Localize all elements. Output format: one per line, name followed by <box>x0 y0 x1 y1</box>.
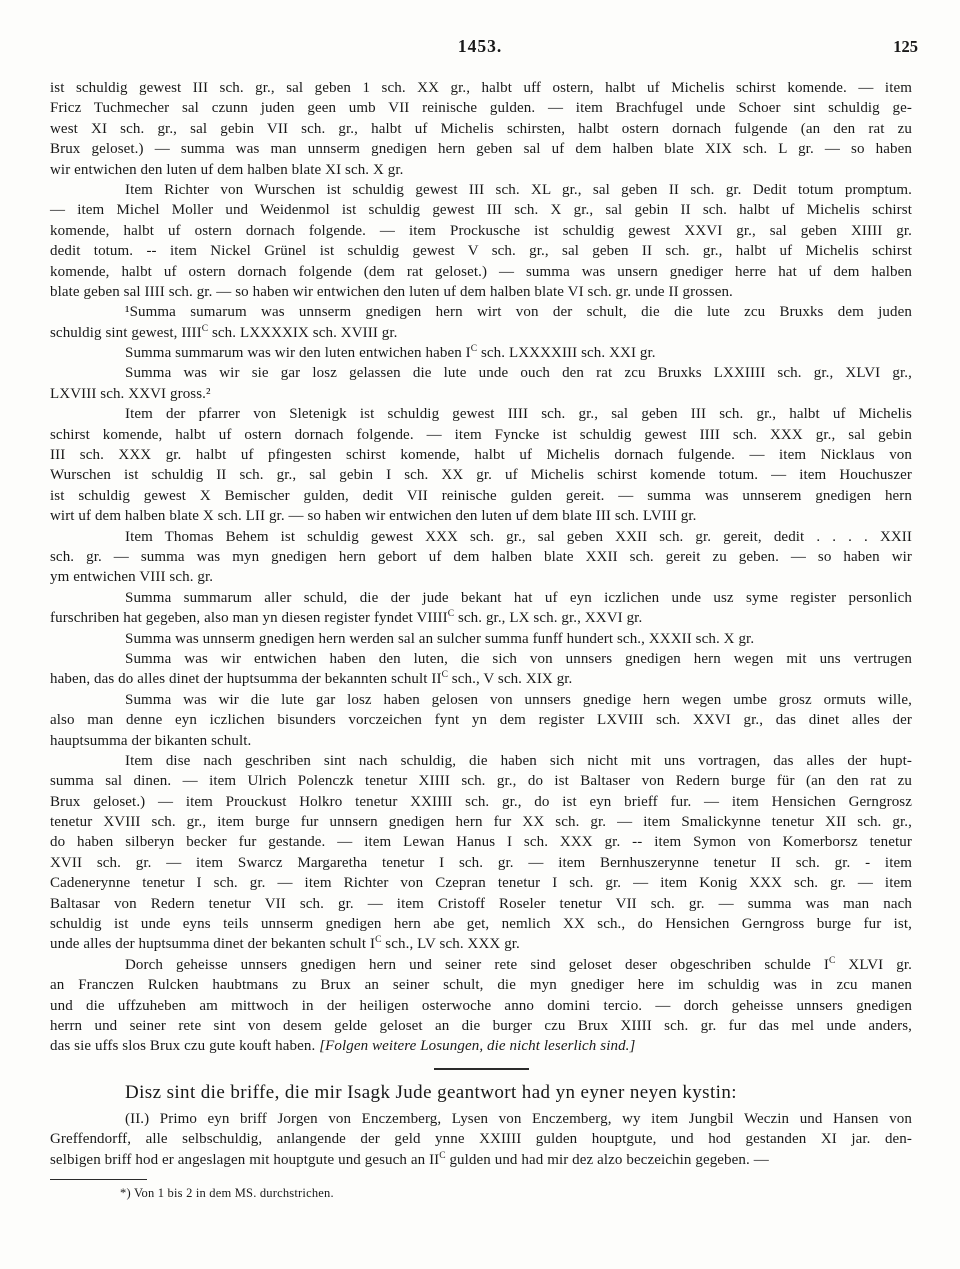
text-line: tenetur XVIII sch. gr., item burge fur u… <box>50 812 912 832</box>
text-line: do haben silberyn becker fur gestande. —… <box>50 832 912 852</box>
paragraph: Dorch geheisse unnsers gnedigen hern und… <box>50 955 912 1057</box>
text-line: Baltasar von Redern tenetur VII sch. gr.… <box>50 894 912 914</box>
text-line: Summa was wir entwichen haben den luten,… <box>50 649 912 669</box>
paragraph: (II.) Primo eyn briff Jorgen von Enczemb… <box>50 1109 912 1170</box>
text-line: Item Richter von Wurschen ist schuldig g… <box>50 180 912 200</box>
text-line: unde alles der huptsumma dinet der bekan… <box>50 934 912 954</box>
text-line: Greffendorff, alle selbschuldig, anlange… <box>50 1129 912 1149</box>
text-line: ¹Summa sumarum was unnserm gnedigen hern… <box>50 302 912 322</box>
text-line: wir entwichen den luten uf dem halben bl… <box>50 160 912 180</box>
paragraph: Item der pfarrer von Sletenigk ist schul… <box>50 404 912 526</box>
text-line: summa sal dinen. — item Ulrich Polenczk … <box>50 771 912 791</box>
paragraph: Summa summarum aller schuld, die der jud… <box>50 588 912 629</box>
footnote-marker: *) <box>120 1186 131 1200</box>
text-line: Item dise nach geschriben sint nach schu… <box>50 751 912 771</box>
section-divider-rule <box>434 1068 529 1070</box>
text-line: dedit totum. -- item Nickel Grünel ist s… <box>50 241 912 261</box>
paragraph: Item Thomas Behem ist schuldig gewest XX… <box>50 527 912 588</box>
section-heading: Disz sint die briffe, die mir Isagk Jude… <box>50 1080 912 1106</box>
text-line: Dorch geheisse unnsers gnedigen hern und… <box>50 955 912 975</box>
text-line: an Franczen Rulcken haubtmans zu Brux an… <box>50 975 912 995</box>
text-line: Fricz Tuchmecher sal czunn juden geen um… <box>50 98 912 118</box>
footnote-text: Von 1 bis 2 in dem MS. durchstrichen. <box>134 1186 334 1200</box>
text-line: Cadenerynne tenetur I sch. gr. — item Ri… <box>50 873 912 893</box>
text-line: schuldig sint gewest, IIIIC sch. LXXXXIX… <box>50 323 912 343</box>
section2-text: (II.) Primo eyn briff Jorgen von Enczemb… <box>50 1109 912 1170</box>
text-line: und die uffzuheben am mittwoch in der he… <box>50 996 912 1016</box>
text-line: XVII sch. gr. — item Swarcz Margaretha t… <box>50 853 912 873</box>
text-line: sch. gr. — summa was myn gnedigen hern g… <box>50 547 912 567</box>
text-line: furschriben hat gegeben, also man yn die… <box>50 608 912 628</box>
paragraph: Item Richter von Wurschen ist schuldig g… <box>50 180 912 302</box>
text-line: Summa summarum aller schuld, die der jud… <box>50 588 912 608</box>
text-line: wirt uf dem halben blate X sch. LII gr. … <box>50 506 912 526</box>
paragraph: ist schuldig gewest III sch. gr., sal ge… <box>50 78 912 180</box>
document-page: 1453. 125 ist schuldig gewest III sch. g… <box>0 0 960 1269</box>
text-line: schuldig ist unde eyns teils unnserm gne… <box>50 914 912 934</box>
text-line: Summa was wir sie gar losz gelassen die … <box>50 363 912 383</box>
text-line: hauptsumma der bikanten schult. <box>50 731 912 751</box>
text-line: Item Thomas Behem ist schuldig gewest XX… <box>50 527 912 547</box>
page-content: ist schuldig gewest III sch. gr., sal ge… <box>50 78 912 1201</box>
text-line: ist schuldig gewest III sch. gr., sal ge… <box>50 78 912 98</box>
text-line: komende, halbt uf ostern dornach folgend… <box>50 221 912 241</box>
paragraph: Item dise nach geschriben sint nach schu… <box>50 751 912 955</box>
paragraph: ¹Summa sumarum was unnserm gnedigen hern… <box>50 302 912 343</box>
text-line: herrn und seiner rete sint von desem gel… <box>50 1016 912 1036</box>
page-header-year: 1453. <box>0 36 960 57</box>
text-line: III sch. XXX gr. halbt uf pfingesten sch… <box>50 445 912 465</box>
text-line: blate geben sal IIII sch. gr. — so haben… <box>50 282 912 302</box>
text-line: selbigen briff hod er angeslagen mit hou… <box>50 1150 912 1170</box>
text-line: also man denne eyn iczlichen bisunders v… <box>50 710 912 730</box>
text-line: LXVIII sch. XXVI gross.² <box>50 384 912 404</box>
text-line: komende, halbt uf ostern dornach folgend… <box>50 262 912 282</box>
paragraph: Summa summarum was wir den luten entwich… <box>50 343 912 363</box>
text-line: (II.) Primo eyn briff Jorgen von Enczemb… <box>50 1109 912 1129</box>
text-line: Summa was unnserm gnedigen hern werden s… <box>50 629 912 649</box>
text-line: Summa summarum was wir den luten entwich… <box>50 343 912 363</box>
text-line: Wurschen ist schuldig II sch. gr., sal g… <box>50 465 912 485</box>
text-line: ym entwichen VIII sch. gr. <box>50 567 912 587</box>
paragraph: Summa was wir entwichen haben den luten,… <box>50 649 912 690</box>
paragraph: Summa was wir sie gar losz gelassen die … <box>50 363 912 404</box>
text-line: Item der pfarrer von Sletenigk ist schul… <box>50 404 912 424</box>
paragraph: Summa was unnserm gnedigen hern werden s… <box>50 629 912 649</box>
text-line: schirst komende, halbt uf ostern dornach… <box>50 425 912 445</box>
text-line: haben, das do alles dinet der huptsumma … <box>50 669 912 689</box>
footnote-rule <box>50 1179 147 1181</box>
footnote: *) Von 1 bis 2 in dem MS. durchstrichen. <box>50 1185 912 1201</box>
paragraph: Summa was wir die lute gar losz haben ge… <box>50 690 912 751</box>
page-number: 125 <box>893 37 918 57</box>
text-line: Brux geloset.) — item Prouckust Holkro t… <box>50 792 912 812</box>
text-line: Brux geloset.) — summa was man unnserm g… <box>50 139 912 159</box>
text-line: ist schuldig gewest X Bemischer gulden, … <box>50 486 912 506</box>
text-line: Summa was wir die lute gar losz haben ge… <box>50 690 912 710</box>
body-text: ist schuldig gewest III sch. gr., sal ge… <box>50 78 912 1057</box>
text-line: — item Michel Moller und Weidenmol ist s… <box>50 200 912 220</box>
text-line: west XI sch. gr., sal gebin VII sch. gr.… <box>50 119 912 139</box>
text-line: das sie uffs slos Brux czu gute kouft ha… <box>50 1036 912 1056</box>
